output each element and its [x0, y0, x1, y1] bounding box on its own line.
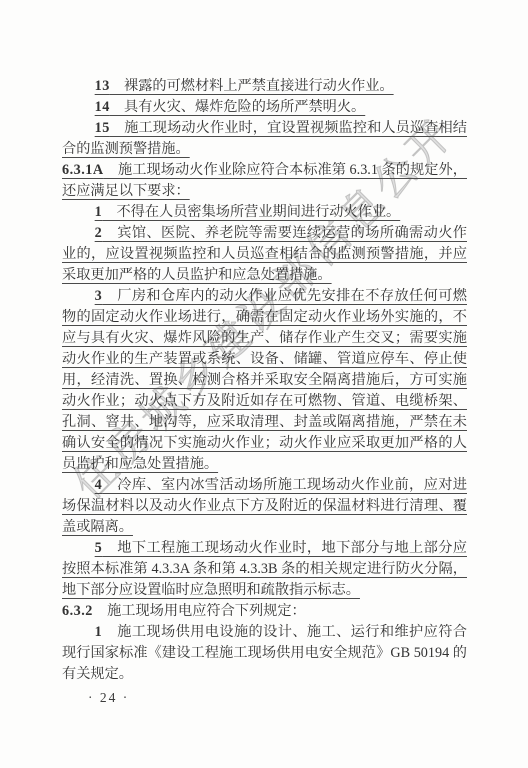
item-text: 施工现场动火作业时，宜设置视频监控和人员巡查相结合的监测预警措施。	[62, 120, 467, 157]
item-number: 15	[95, 120, 110, 136]
item-text: 具有火灾、爆炸危险的场所严禁明火。	[110, 99, 365, 115]
list-item-1-power: 1 施工现场供用电设施的设计、施工、运行和维护应符合现行国家标准《建设工程施工现…	[62, 622, 467, 685]
item-text: 裸露的可燃材料上严禁直接进行动火作业。	[110, 78, 394, 94]
item-number: 13	[95, 78, 110, 94]
list-item-15: 15 施工现场动火作业时，宜设置视频监控和人员巡查相结合的监测预警措施。	[62, 118, 467, 160]
list-item-3: 3 厂房和仓库内的动火作业应优先安排在不存放任何可燃物的固定动火作业场进行，确需…	[62, 286, 467, 475]
item-text: 厂房和仓库内的动火作业应优先安排在不存放任何可燃物的固定动火作业场进行，确需在固…	[62, 288, 467, 472]
text-block: 13 裸露的可燃材料上严禁直接进行动火作业。 14 具有火灾、爆炸危险的场所严禁…	[62, 76, 467, 685]
list-item-2: 2 宾馆、医院、养老院等需要连续运营的场所确需动火作业的，应设置视频监控和人员巡…	[62, 223, 467, 286]
item-text: 宾馆、医院、养老院等需要连续运营的场所确需动火作业的，应设置视频监控和人员巡查相…	[62, 225, 467, 283]
clause-text: 施工现场动火作业除应符合本标准第 6.3.1 条的规定外，还应满足以下要求：	[62, 162, 467, 199]
clause-number: 6.3.2	[62, 603, 93, 619]
item-number: 14	[95, 99, 110, 115]
clause-text: 施工现场用电应符合下列规定：	[93, 603, 306, 619]
list-item-1: 1 不得在人员密集场所营业期间进行动火作业。	[62, 202, 467, 223]
item-text: 冷库、室内冰雪活动场所施工现场动火作业前，应对进场保温材料以及动火作业点下方及附…	[62, 477, 467, 535]
item-text: 施工现场供用电设施的设计、施工、运行和维护应符合现行国家标准《建设工程施工现场供…	[62, 624, 467, 682]
list-item-4: 4 冷库、室内冰雪活动场所施工现场动火作业前，应对进场保温材料以及动火作业点下方…	[62, 475, 467, 538]
item-text: 不得在人员密集场所营业期间进行动火作业。	[102, 204, 400, 220]
clause-6-3-1A: 6.3.1A 施工现场动火作业除应符合本标准第 6.3.1 条的规定外，还应满足…	[62, 160, 467, 202]
list-item-5: 5 地下工程施工现场动火作业时，地下部分与地上部分应按照本标准第 4.3.3A …	[62, 538, 467, 601]
list-item-13: 13 裸露的可燃材料上严禁直接进行动火作业。	[62, 76, 467, 97]
clause-6-3-2: 6.3.2 施工现场用电应符合下列规定：	[62, 601, 467, 622]
list-item-14: 14 具有火灾、爆炸危险的场所严禁明火。	[62, 97, 467, 118]
item-text: 地下工程施工现场动火作业时，地下部分与地上部分应按照本标准第 4.3.3A 条和…	[62, 540, 467, 598]
page-number: · 24 ·	[88, 690, 129, 706]
clause-number: 6.3.1A	[62, 162, 104, 178]
document-page: 住房城乡建设部信息公开 13 裸露的可燃材料上严禁直接进行动火作业。 14 具有…	[0, 0, 528, 768]
